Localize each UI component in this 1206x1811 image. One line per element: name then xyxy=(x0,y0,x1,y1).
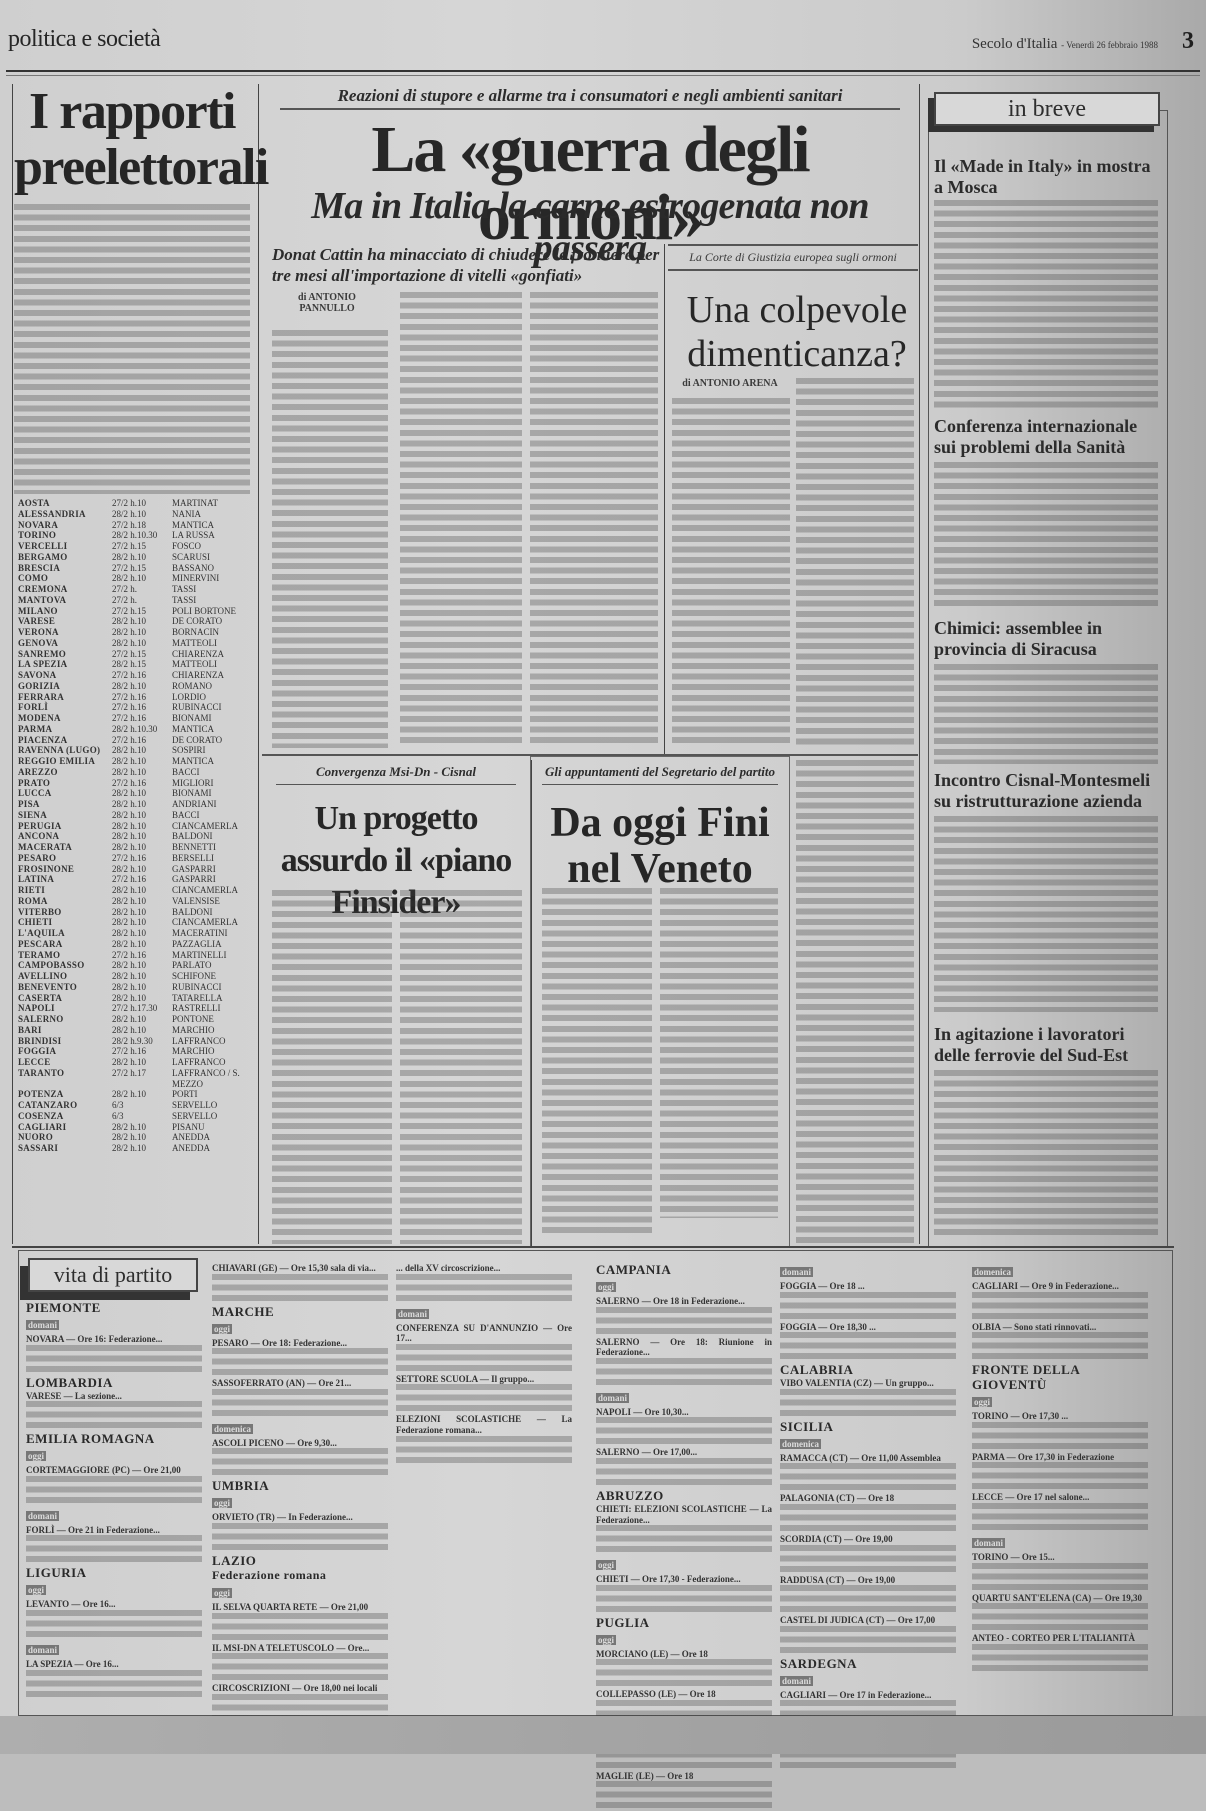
event-entry: VARESE — La sezione... xyxy=(26,1391,202,1430)
region-heading: ABRUZZO xyxy=(596,1488,772,1503)
speaker-cell: SCHIFONE xyxy=(172,971,254,982)
speaker-cell: TASSI xyxy=(172,595,254,606)
table-row: AVELLINO28/2 h.10SCHIFONE xyxy=(18,971,254,982)
speaker-cell: BIONAMI xyxy=(172,713,254,724)
table-row: PESCARA28/2 h.10PAZZAGLIA xyxy=(18,939,254,950)
brief-body xyxy=(934,816,1158,1012)
table-row: VITERBO28/2 h.10BALDONI xyxy=(18,907,254,918)
column-rule xyxy=(12,84,13,1244)
byline-pannullo: di ANTONIO PANNULLO xyxy=(272,292,382,314)
table-row: TARANTO27/2 h.17LAFFRANCO / S. MEZZO xyxy=(18,1068,254,1090)
event-entry: ANTEO - CORTEO PER L'ITALIANITÀ xyxy=(972,1633,1148,1672)
day-label: domani xyxy=(780,1676,813,1686)
event-entry: PARMA — Ore 17,30 in Federazione xyxy=(972,1452,1148,1491)
date-cell: 27/2 h.16 xyxy=(112,702,172,713)
event-entry: CHIETI — Ore 17,30 - Federazione... xyxy=(596,1574,772,1613)
table-row: GENOVA28/2 h.10MATTEOLI xyxy=(18,638,254,649)
city-cell: MODENA xyxy=(18,713,112,724)
section-rule xyxy=(12,1246,1174,1248)
region-heading: LAZIO xyxy=(212,1553,388,1568)
day-label: oggi xyxy=(212,1324,232,1334)
table-row: LECCE28/2 h.10LAFFRANCO xyxy=(18,1057,254,1068)
region-heading: PIEMONTE xyxy=(26,1300,202,1315)
date-cell: 28/2 h.10 xyxy=(112,864,172,875)
table-row: BERGAMO28/2 h.10SCARUSI xyxy=(18,552,254,563)
date-cell: 28/2 h.10 xyxy=(112,993,172,1004)
headline-colpevole: Una colpevole dimenticanza? xyxy=(676,288,918,376)
event-entry: SETTORE SCUOLA — Il gruppo... xyxy=(396,1374,572,1413)
date-cell: 28/2 h.10 xyxy=(112,831,172,842)
event-entry: TORINO — Ore 17,30 ... xyxy=(972,1411,1148,1450)
city-cell: BARI xyxy=(18,1025,112,1036)
table-row: CAMPOBASSO28/2 h.10PARLATO xyxy=(18,960,254,971)
speaker-cell: SCARUSI xyxy=(172,552,254,563)
table-row: FOGGIA27/2 h.16MARCHIO xyxy=(18,1046,254,1057)
city-cell: SALERNO xyxy=(18,1014,112,1025)
table-row: GORIZIA28/2 h.10ROMANO xyxy=(18,681,254,692)
speaker-cell: LAFFRANCO xyxy=(172,1057,254,1068)
date-cell: 27/2 h.16 xyxy=(112,713,172,724)
table-row: SAVONA27/2 h.16CHIARENZA xyxy=(18,670,254,681)
table-row: ALESSANDRIA28/2 h.10NANIA xyxy=(18,509,254,520)
speaker-cell: GASPARRI xyxy=(172,864,254,875)
city-cell: PRATO xyxy=(18,778,112,789)
city-cell: VERCELLI xyxy=(18,541,112,552)
date-cell: 28/2 h.10 xyxy=(112,885,172,896)
speaker-cell: PAZZAGLIA xyxy=(172,939,254,950)
table-row: VARESE28/2 h.10DE CORATO xyxy=(18,616,254,627)
city-cell: SANREMO xyxy=(18,649,112,660)
date-cell: 28/2 h.10 xyxy=(112,1014,172,1025)
region-heading: CAMPANIA xyxy=(596,1262,772,1277)
city-cell: PIACENZA xyxy=(18,735,112,746)
table-row: LA SPEZIA28/2 h.15MATTEOLI xyxy=(18,659,254,670)
speaker-cell: BALDONI xyxy=(172,831,254,842)
speaker-cell: ANEDDA xyxy=(172,1143,254,1154)
column-rule xyxy=(664,244,665,754)
region-heading: PUGLIA xyxy=(596,1615,772,1630)
speaker-cell: MARTINAT xyxy=(172,498,254,509)
event-entry: SCORDIA (CT) — Ore 19,00 xyxy=(780,1534,956,1573)
speaker-cell: SERVELLO xyxy=(172,1111,254,1122)
date-cell: 28/2 h.10 xyxy=(112,971,172,982)
table-row: LUCCA28/2 h.10BIONAMI xyxy=(18,788,254,799)
speaker-cell: MINERVINI xyxy=(172,573,254,584)
date-cell: 27/2 h. xyxy=(112,595,172,606)
kicker-fini: Gli appuntamenti del Segretario del part… xyxy=(542,764,778,785)
date-cell: 28/2 h.10 xyxy=(112,896,172,907)
headline-fini: Da oggi Fini nel Veneto xyxy=(540,800,780,892)
article-body-ormoni-col3 xyxy=(530,292,658,748)
article-body-colpevole-col1 xyxy=(672,398,790,748)
table-row: SANREMO27/2 h.15CHIARENZA xyxy=(18,649,254,660)
speaker-cell: CHIARENZA xyxy=(172,649,254,660)
brief-body xyxy=(934,200,1158,408)
rapporti-schedule-table: AOSTA27/2 h.10MARTINATALESSANDRIA28/2 h.… xyxy=(18,498,254,1154)
kicker-ormoni: Reazioni di stupore e allarme tra i cons… xyxy=(280,86,900,110)
event-entry: IL SELVA QUARTA RETE — Ore 21,00 xyxy=(212,1602,388,1641)
day-label: domenica xyxy=(972,1267,1013,1277)
city-cell: BENEVENTO xyxy=(18,982,112,993)
date-cell: 27/2 h.15 xyxy=(112,606,172,617)
table-row: REGGIO EMILIA28/2 h.10MANTICA xyxy=(18,756,254,767)
speaker-cell: LA RUSSA xyxy=(172,530,254,541)
day-label: domenica xyxy=(212,1424,253,1434)
region-heading: CALABRIA xyxy=(780,1362,956,1377)
event-entry: OLBIA — Sono stati rinnovati... xyxy=(972,1322,1148,1361)
table-row: PERUGIA28/2 h.10CIANCAMERLA xyxy=(18,821,254,832)
table-row: NUORO28/2 h.10ANEDDA xyxy=(18,1132,254,1143)
date-cell: 28/2 h.10 xyxy=(112,767,172,778)
day-label: oggi xyxy=(596,1635,616,1645)
city-cell: GENOVA xyxy=(18,638,112,649)
speaker-cell: BERSELLI xyxy=(172,853,254,864)
date-cell: 28/2 h.10 xyxy=(112,1143,172,1154)
city-cell: RIETI xyxy=(18,885,112,896)
date-cell: 27/2 h.16 xyxy=(112,692,172,703)
city-cell: SAVONA xyxy=(18,670,112,681)
table-row: RIETI28/2 h.10CIANCAMERLA xyxy=(18,885,254,896)
region-heading: MARCHE xyxy=(212,1304,388,1319)
date-cell: 28/2 h.10 xyxy=(112,799,172,810)
table-row: PESARO27/2 h.16BERSELLI xyxy=(18,853,254,864)
page-margin xyxy=(0,1716,1206,1754)
day-label: domenica xyxy=(780,1439,821,1449)
city-cell: AOSTA xyxy=(18,498,112,509)
city-cell: CREMONA xyxy=(18,584,112,595)
date-cell: 28/2 h.10 xyxy=(112,907,172,918)
column-rule xyxy=(919,84,920,1244)
city-cell: MILANO xyxy=(18,606,112,617)
table-row: MANTOVA27/2 h.TASSI xyxy=(18,595,254,606)
city-cell: LA SPEZIA xyxy=(18,659,112,670)
date-cell: 27/2 h.16 xyxy=(112,853,172,864)
date-cell: 27/2 h.15 xyxy=(112,649,172,660)
city-cell: GORIZIA xyxy=(18,681,112,692)
table-row: TORINO28/2 h.10.30LA RUSSA xyxy=(18,530,254,541)
event-entry: FOGGIA — Ore 18 ... xyxy=(780,1281,956,1320)
speaker-cell: MACERATINI xyxy=(172,928,254,939)
kicker-finsider: Convergenza Msi-Dn - Cisnal xyxy=(276,764,516,785)
event-entry: MORCIANO (LE) — Ore 18 xyxy=(596,1649,772,1688)
speaker-cell: TATARELLA xyxy=(172,993,254,1004)
speaker-cell: SERVELLO xyxy=(172,1100,254,1111)
date-cell: 27/2 h.15 xyxy=(112,541,172,552)
date-cell: 28/2 h.9.30 xyxy=(112,1036,172,1047)
city-cell: CASERTA xyxy=(18,993,112,1004)
masthead-name: Secolo d'Italia xyxy=(972,36,1058,52)
city-cell: LUCCA xyxy=(18,788,112,799)
city-cell: FERRARA xyxy=(18,692,112,703)
speaker-cell: LAFFRANCO xyxy=(172,1036,254,1047)
date-cell: 28/2 h.10 xyxy=(112,982,172,993)
event-entry: ASCOLI PICENO — Ore 9,30... xyxy=(212,1438,388,1477)
deck-ormoni: Donat Cattin ha minacciato di chiudere l… xyxy=(272,244,662,286)
vita-column: domaniFOGGIA — Ore 18 ...FOGGIA — Ore 18… xyxy=(780,1262,956,1754)
event-entry: TORINO — Ore 15... xyxy=(972,1552,1148,1591)
event-entry: ... della XV circoscrizione... xyxy=(396,1263,572,1302)
brief-title: Conferenza internazionale sui problemi d… xyxy=(934,416,1158,458)
speaker-cell: BENNETTI xyxy=(172,842,254,853)
date-cell: 28/2 h.10 xyxy=(112,756,172,767)
day-label: oggi xyxy=(596,1282,616,1292)
region-heading: LIGURIA xyxy=(26,1565,202,1580)
event-entry: NAPOLI — Ore 10,30... xyxy=(596,1407,772,1446)
region-heading: EMILIA ROMAGNA xyxy=(26,1431,202,1446)
table-row: AREZZO28/2 h.10BACCI xyxy=(18,767,254,778)
city-cell: CATANZARO xyxy=(18,1100,112,1111)
date-cell: 28/2 h.10 xyxy=(112,509,172,520)
day-label: domani xyxy=(396,1309,429,1319)
event-entry: ELEZIONI SCOLASTICHE — La Federazione ro… xyxy=(396,1414,572,1463)
speaker-cell: BACCI xyxy=(172,767,254,778)
table-row: PARMA28/2 h.10.30MANTICA xyxy=(18,724,254,735)
vita-column: CHIAVARI (GE) — Ore 15,30 sala di via...… xyxy=(212,1262,388,1724)
date-cell: 27/2 h.18 xyxy=(112,520,172,531)
city-cell: AVELLINO xyxy=(18,971,112,982)
event-entry: PALAGONIA (CT) — Ore 18 xyxy=(780,1493,956,1532)
table-row: CREMONA27/2 h.TASSI xyxy=(18,584,254,595)
table-row: CATANZARO6/3SERVELLO xyxy=(18,1100,254,1111)
city-cell: LECCE xyxy=(18,1057,112,1068)
day-label: oggi xyxy=(972,1397,992,1407)
newspaper-page: politica e società Secolo d'Italia - Ven… xyxy=(0,0,1206,1754)
date-cell: 27/2 h.16 xyxy=(112,1046,172,1057)
table-row: PRATO27/2 h.16MIGLIORI xyxy=(18,778,254,789)
article-body-finsider-col2 xyxy=(400,890,522,1244)
speaker-cell: SOSPIRI xyxy=(172,745,254,756)
speaker-cell: ROMANO xyxy=(172,681,254,692)
event-entry: SALERNO — Ore 18: Riunione in Federazion… xyxy=(596,1337,772,1386)
date-cell: 27/2 h.17 xyxy=(112,1068,172,1090)
event-entry: FOGGIA — Ore 18,30 ... xyxy=(780,1322,956,1361)
date-cell: 27/2 h.16 xyxy=(112,670,172,681)
day-label: oggi xyxy=(212,1498,232,1508)
table-row: TERAMO27/2 h.16MARTINELLI xyxy=(18,950,254,961)
date-cell: 28/2 h.10 xyxy=(112,573,172,584)
table-row: ROMA28/2 h.10VALENSISE xyxy=(18,896,254,907)
city-cell: VITERBO xyxy=(18,907,112,918)
event-entry: CORTEMAGGIORE (PC) — Ore 21,00 xyxy=(26,1465,202,1504)
speaker-cell: PONTONE xyxy=(172,1014,254,1025)
city-cell: VARESE xyxy=(18,616,112,627)
day-label: domani xyxy=(26,1511,59,1521)
speaker-cell: MATTEOLI xyxy=(172,659,254,670)
vita-column: CAMPANIAoggiSALERNO — Ore 18 in Federazi… xyxy=(596,1262,772,1754)
vita-column: PIEMONTEdomaniNOVARA — Ore 16: Federazio… xyxy=(26,1300,202,1700)
city-cell: FORLÌ xyxy=(18,702,112,713)
city-cell: PERUGIA xyxy=(18,821,112,832)
event-entry: LA SPEZIA — Ore 16... xyxy=(26,1659,202,1698)
event-entry: RAMACCA (CT) — Ore 11,00 Assemblea xyxy=(780,1453,956,1492)
city-cell: SASSARI xyxy=(18,1143,112,1154)
city-cell: BERGAMO xyxy=(18,552,112,563)
speaker-cell: GASPARRI xyxy=(172,874,254,885)
speaker-cell: VALENSISE xyxy=(172,896,254,907)
speaker-cell: MANTICA xyxy=(172,520,254,531)
city-cell: TORINO xyxy=(18,530,112,541)
city-cell: NAPOLI xyxy=(18,1003,112,1014)
date-cell: 28/2 h.10 xyxy=(112,1089,172,1100)
city-cell: NOVARA xyxy=(18,520,112,531)
day-label: oggi xyxy=(26,1585,46,1595)
speaker-cell: MARCHIO xyxy=(172,1046,254,1057)
date-cell: 28/2 h.10 xyxy=(112,745,172,756)
date-cell: 28/2 h.10.30 xyxy=(112,530,172,541)
speaker-cell: PISANU xyxy=(172,1122,254,1133)
speaker-cell: BIONAMI xyxy=(172,788,254,799)
date-cell: 28/2 h.10 xyxy=(112,821,172,832)
table-row: COSENZA6/3SERVELLO xyxy=(18,1111,254,1122)
speaker-cell: CHIARENZA xyxy=(172,670,254,681)
table-row: CHIETI28/2 h.10CIANCAMERLA xyxy=(18,917,254,928)
table-row: BENEVENTO28/2 h.10RUBINACCI xyxy=(18,982,254,993)
city-cell: CAMPOBASSO xyxy=(18,960,112,971)
event-entry: IL MSI-DN A TELETUSCOLO — Ore... xyxy=(212,1643,388,1682)
article-body-rapporti xyxy=(14,204,250,494)
date-cell: 28/2 h.10 xyxy=(112,939,172,950)
speaker-cell: BALDONI xyxy=(172,907,254,918)
day-label: domani xyxy=(780,1267,813,1277)
table-row: VERCELLI27/2 h.15FOSCO xyxy=(18,541,254,552)
date-cell: 28/2 h.10 xyxy=(112,928,172,939)
table-row: BRINDISI28/2 h.9.30LAFFRANCO xyxy=(18,1036,254,1047)
speaker-cell: BACCI xyxy=(172,810,254,821)
table-row: NAPOLI27/2 h.17.30RASTRELLI xyxy=(18,1003,254,1014)
byline-arena: di ANTONIO ARENA xyxy=(670,378,790,389)
table-row: MODENA27/2 h.16BIONAMI xyxy=(18,713,254,724)
city-cell: PISA xyxy=(18,799,112,810)
date-cell: 27/2 h.10 xyxy=(112,498,172,509)
table-row: SIENA28/2 h.10BACCI xyxy=(18,810,254,821)
speaker-cell: LAFFRANCO / S. MEZZO xyxy=(172,1068,254,1090)
vita-column: ... della XV circoscrizione...domaniCONF… xyxy=(396,1262,572,1466)
city-cell: FOGGIA xyxy=(18,1046,112,1057)
speaker-cell: POLI BORTONE xyxy=(172,606,254,617)
speaker-cell: CIANCAMERLA xyxy=(172,821,254,832)
article-body-fini-col2 xyxy=(660,888,778,1218)
date-cell: 27/2 h.16 xyxy=(112,950,172,961)
table-row: CASERTA28/2 h.10TATARELLA xyxy=(18,993,254,1004)
speaker-cell: ANDRIANI xyxy=(172,799,254,810)
day-label: oggi xyxy=(212,1588,232,1598)
article-body-fini-col1 xyxy=(542,888,652,1234)
speaker-cell: RASTRELLI xyxy=(172,1003,254,1014)
table-row: MACERATA28/2 h.10BENNETTI xyxy=(18,842,254,853)
speaker-cell: PARLATO xyxy=(172,960,254,971)
header-rule xyxy=(6,70,1200,76)
event-entry: LECCE — Ore 17 nel salone... xyxy=(972,1492,1148,1531)
city-cell: RAVENNA (LUGO) xyxy=(18,745,112,756)
event-entry: SALERNO — Ore 17,00... xyxy=(596,1447,772,1486)
date-cell: 27/2 h.15 xyxy=(112,563,172,574)
event-entry: RADDUSA (CT) — Ore 19,00 xyxy=(780,1575,956,1614)
day-label: domani xyxy=(972,1538,1005,1548)
date-cell: 28/2 h.15 xyxy=(112,659,172,670)
brief-title: Chimici: assemblee in provincia di Sirac… xyxy=(934,618,1158,660)
event-entry: CASTEL DI JUDICA (CT) — Ore 17,00 xyxy=(780,1615,956,1654)
date-cell: 27/2 h.16 xyxy=(112,874,172,885)
table-row: FROSINONE28/2 h.10GASPARRI xyxy=(18,864,254,875)
speaker-cell: MARTINELLI xyxy=(172,950,254,961)
date-cell: 28/2 h.10 xyxy=(112,1132,172,1143)
city-cell: PESARO xyxy=(18,853,112,864)
city-cell: LATINA xyxy=(18,874,112,885)
in-breve-label: in breve xyxy=(934,92,1160,126)
brief-body xyxy=(934,462,1158,610)
table-row: POTENZA28/2 h.10PORTI xyxy=(18,1089,254,1100)
city-cell: REGGIO EMILIA xyxy=(18,756,112,767)
city-cell: COMO xyxy=(18,573,112,584)
day-label: domani xyxy=(596,1393,629,1403)
region-heading: SICILIA xyxy=(780,1419,956,1434)
brief-body xyxy=(934,664,1158,764)
table-row: FERRARA27/2 h.16LORDIO xyxy=(18,692,254,703)
speaker-cell: BORNACIN xyxy=(172,627,254,638)
speaker-cell: MANTICA xyxy=(172,724,254,735)
day-label: domani xyxy=(26,1320,59,1330)
city-cell: MACERATA xyxy=(18,842,112,853)
table-row: L'AQUILA28/2 h.10MACERATINI xyxy=(18,928,254,939)
article-body-colpevole-col3 xyxy=(796,760,914,1246)
table-row: SALERNO28/2 h.10PONTONE xyxy=(18,1014,254,1025)
table-row: FORLÌ27/2 h.16RUBINACCI xyxy=(18,702,254,713)
speaker-cell: NANIA xyxy=(172,509,254,520)
page-number: 3 xyxy=(1182,28,1194,55)
city-cell: CHIETI xyxy=(18,917,112,928)
date-cell: 28/2 h.10 xyxy=(112,842,172,853)
city-cell: L'AQUILA xyxy=(18,928,112,939)
article-body-colpevole-col2 xyxy=(796,378,914,748)
date-cell: 28/2 h.10 xyxy=(112,627,172,638)
event-entry: ORVIETO (TR) — In Federazione... xyxy=(212,1512,388,1551)
date-cell: 27/2 h.16 xyxy=(112,778,172,789)
speaker-cell: MIGLIORI xyxy=(172,778,254,789)
city-cell: COSENZA xyxy=(18,1111,112,1122)
table-row: SASSARI28/2 h.10ANEDDA xyxy=(18,1143,254,1154)
city-cell: ALESSANDRIA xyxy=(18,509,112,520)
city-cell: POTENZA xyxy=(18,1089,112,1100)
region-heading: LOMBARDIA xyxy=(26,1375,202,1390)
day-label: oggi xyxy=(596,1560,616,1570)
speaker-cell: BASSANO xyxy=(172,563,254,574)
date-cell: 28/2 h.10 xyxy=(112,1122,172,1133)
city-cell: ROMA xyxy=(18,896,112,907)
speaker-cell: MARCHIO xyxy=(172,1025,254,1036)
event-entry: NOVARA — Ore 16: Federazione... xyxy=(26,1334,202,1373)
city-cell: BRESCIA xyxy=(18,563,112,574)
article-body-finsider-col1 xyxy=(272,890,392,1244)
date-cell: 27/2 h.17.30 xyxy=(112,1003,172,1014)
speaker-cell: MANTICA xyxy=(172,756,254,767)
day-label: oggi xyxy=(26,1451,46,1461)
section-title: politica e società xyxy=(8,26,160,53)
table-row: AOSTA27/2 h.10MARTINAT xyxy=(18,498,254,509)
speaker-cell: CIANCAMERLA xyxy=(172,917,254,928)
event-entry: VIBO VALENTIA (CZ) — Un gruppo... xyxy=(780,1378,956,1417)
table-row: NOVARA27/2 h.18MANTICA xyxy=(18,520,254,531)
city-cell: TERAMO xyxy=(18,950,112,961)
table-row: ANCONA28/2 h.10BALDONI xyxy=(18,831,254,842)
date-cell: 27/2 h. xyxy=(112,584,172,595)
brief-body xyxy=(934,1070,1158,1238)
event-entry: CAGLIARI — Ore 9 in Federazione... xyxy=(972,1281,1148,1320)
speaker-cell: TASSI xyxy=(172,584,254,595)
date-cell: 28/2 h.10 xyxy=(112,681,172,692)
region-heading: FRONTE DELLA GIOVENTÙ xyxy=(972,1362,1148,1392)
date-cell: 28/2 h.10 xyxy=(112,788,172,799)
vita-di-partito-label: vita di partito xyxy=(28,1258,198,1292)
